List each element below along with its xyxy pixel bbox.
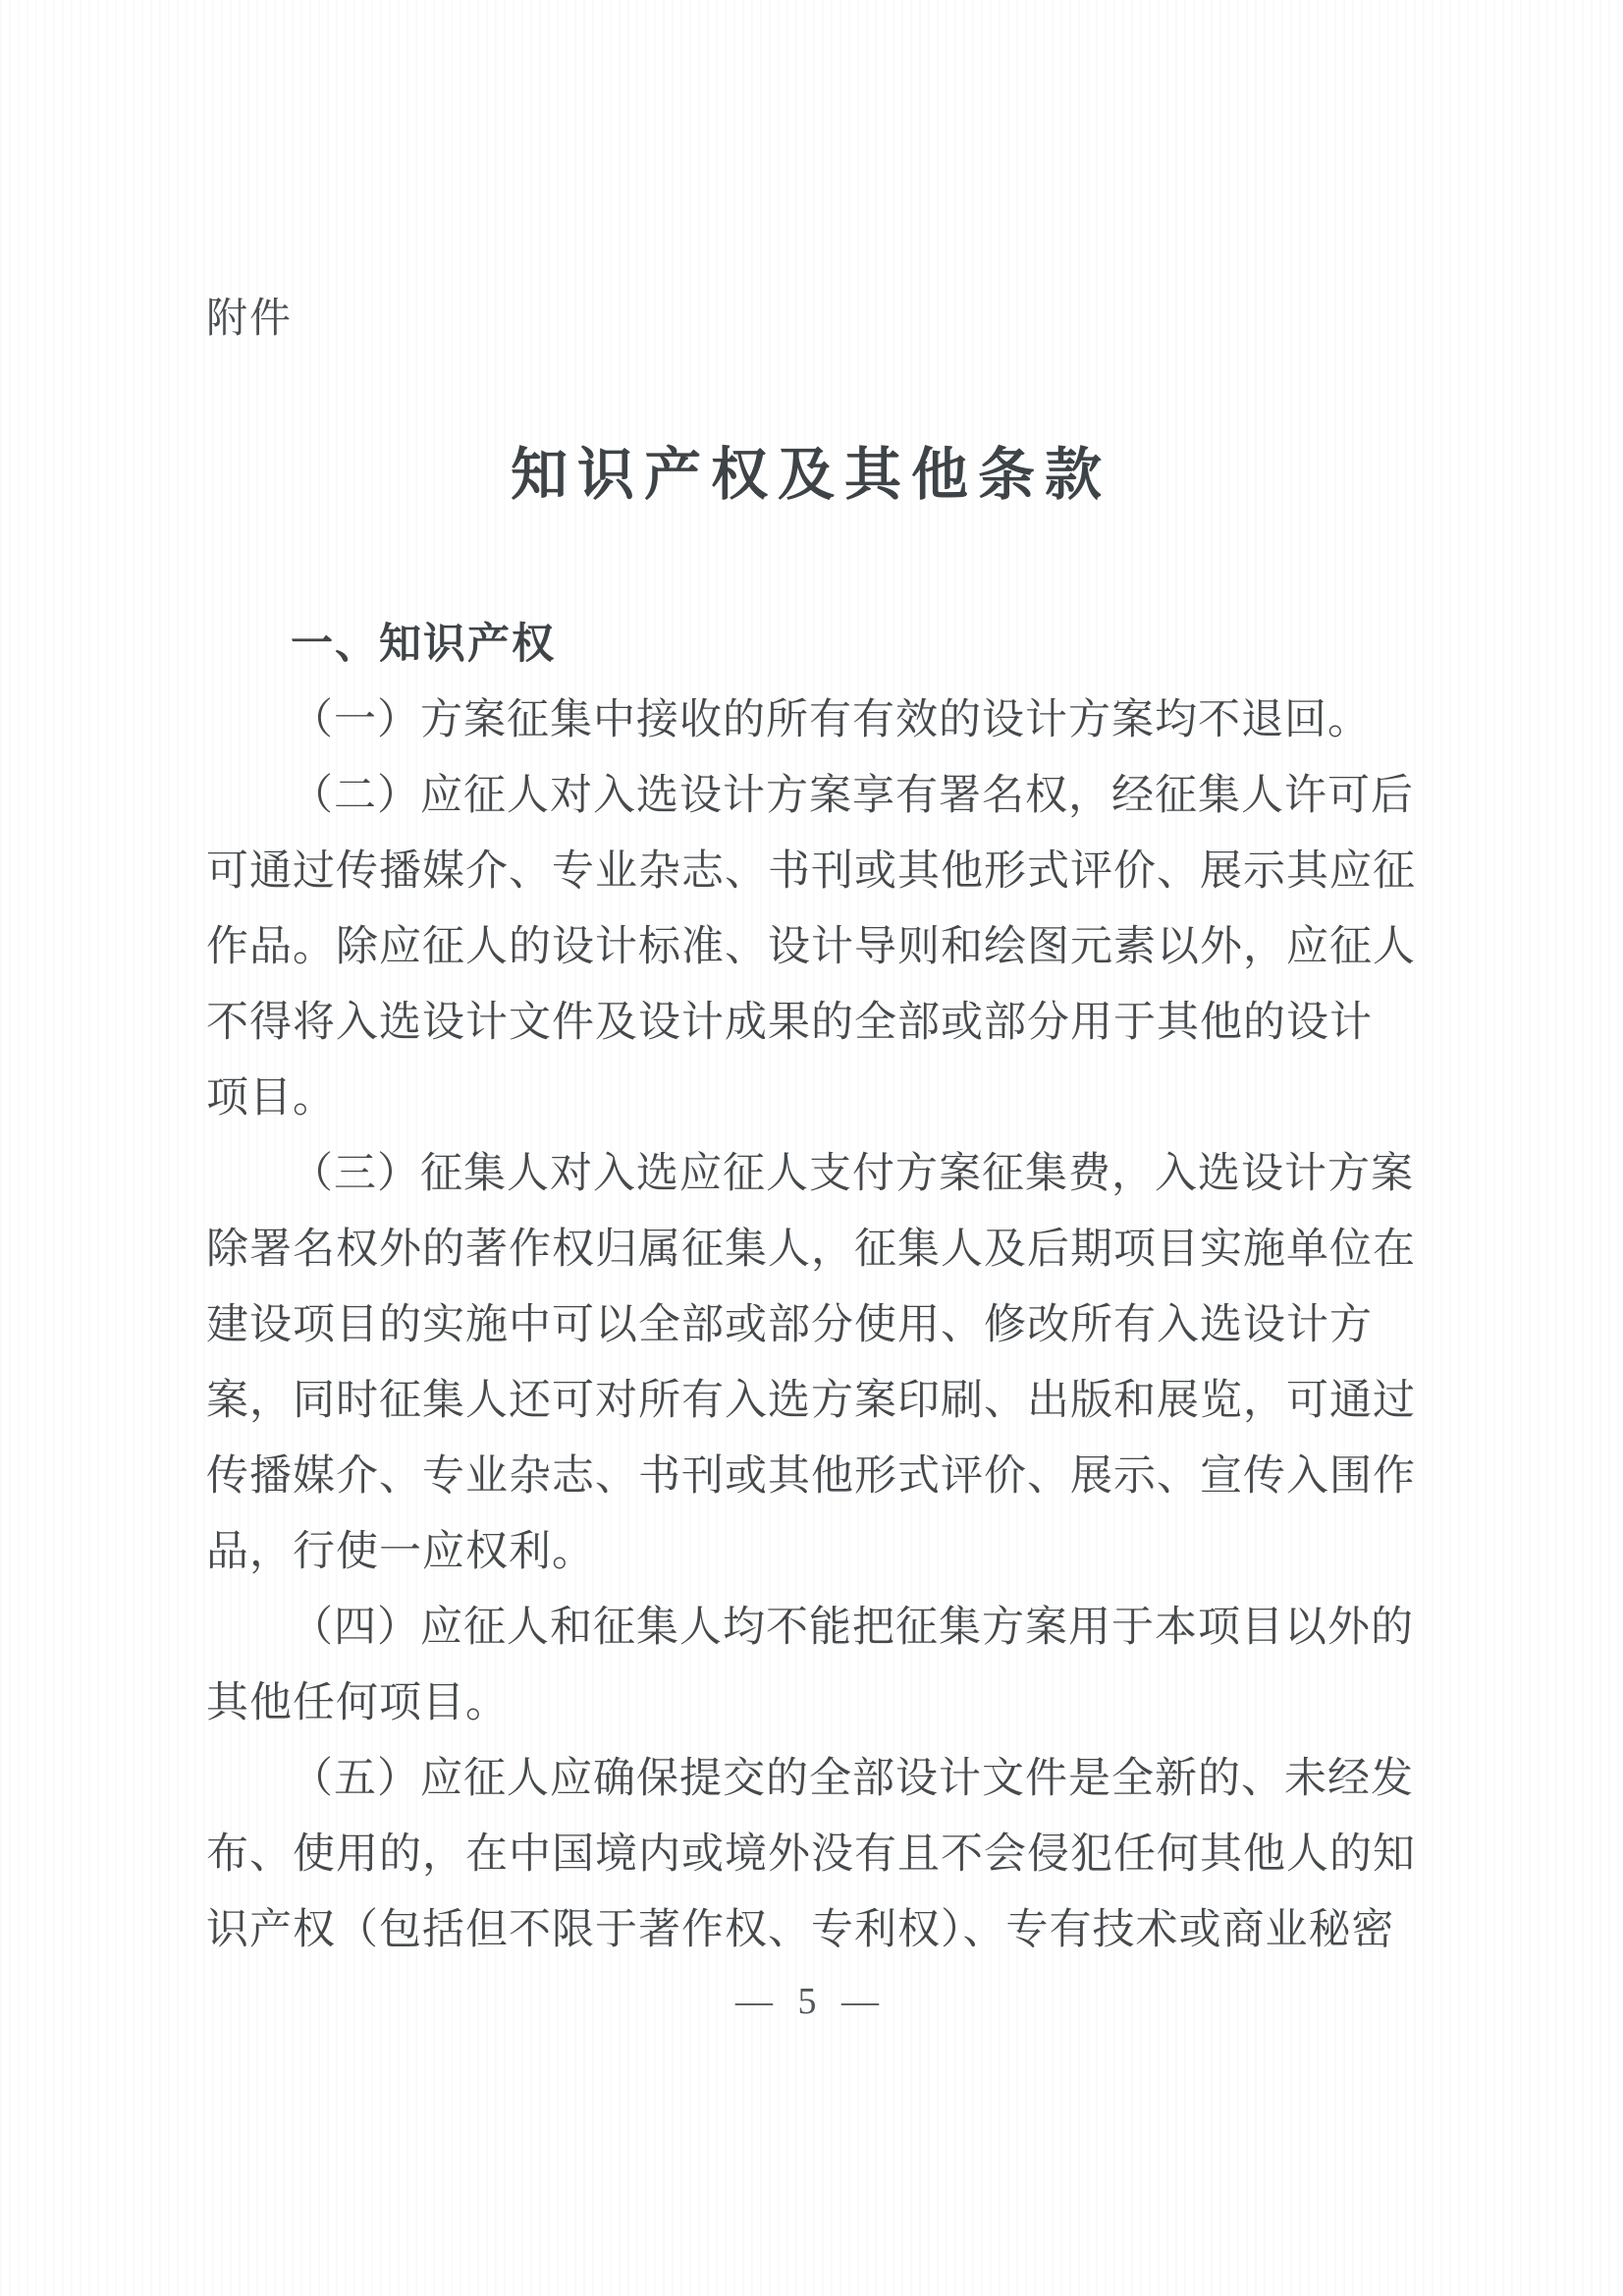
paragraph-2: （二）应征人对入选设计方案享有署名权，经征集人许可后 可通过传播媒介、专业杂志、…: [206, 758, 1443, 1136]
attachment-label: 附件: [206, 295, 1443, 344]
paragraph-4: （四）应征人和征集人均不能把征集方案用于本项目以外的 其他任何项目。: [206, 1590, 1443, 1741]
paragraph-1: （一）方案征集中接收的所有有效的设计方案均不退回。: [206, 683, 1443, 758]
document-page: 附件 知识产权及其他条款 一、知识产权 （一）方案征集中接收的所有有效的设计方案…: [0, 0, 1623, 2296]
section-heading: 一、知识产权: [206, 607, 1443, 683]
paragraph-5: （五）应征人应确保提交的全部设计文件是全新的、未经发 布、使用的，在中国境内或境…: [206, 1741, 1443, 1968]
page-number: — 5 —: [206, 1978, 1416, 2025]
body-text: （一）方案征集中接收的所有有效的设计方案均不退回。 （二）应征人对入选设计方案享…: [206, 683, 1443, 1968]
document-title: 知识产权及其他条款: [206, 445, 1416, 506]
document-content: 附件 知识产权及其他条款 一、知识产权 （一）方案征集中接收的所有有效的设计方案…: [206, 295, 1443, 2025]
paragraph-3: （三）征集人对入选应征人支付方案征集费，入选设计方案 除署名权外的著作权归属征集…: [206, 1136, 1443, 1590]
